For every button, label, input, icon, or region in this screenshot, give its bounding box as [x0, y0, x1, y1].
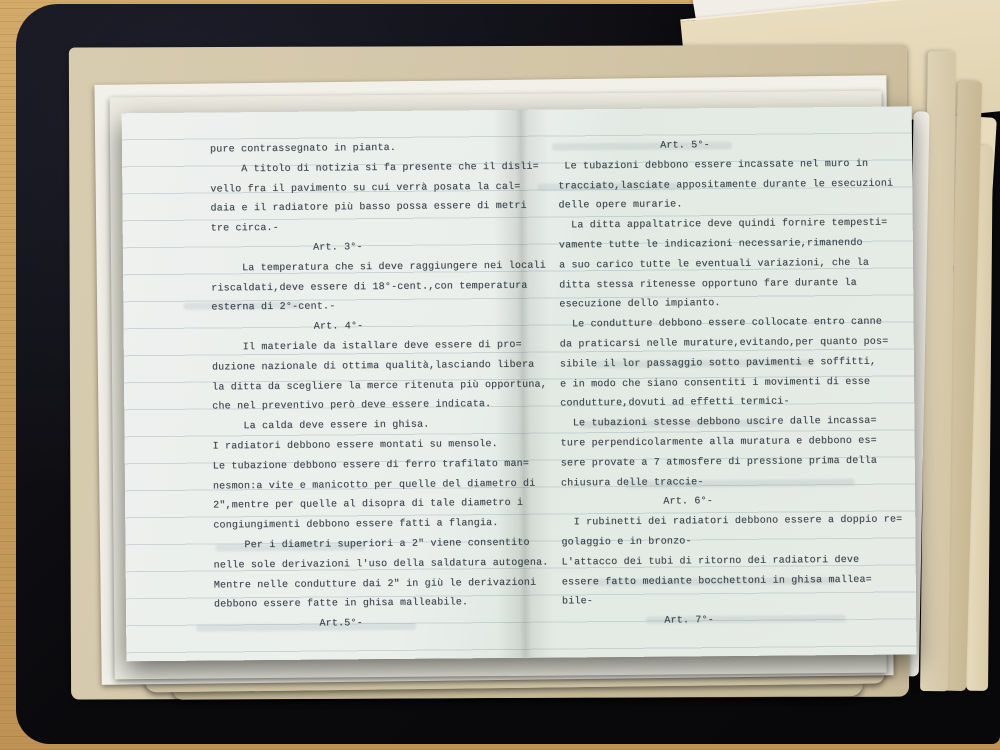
typewritten-line: vamente tutte le indicazioni necessarie,… — [559, 233, 903, 256]
right-page: Art. 5°- Le tubazioni debbono essere inc… — [558, 134, 906, 632]
typewritten-line: Mentre nelle condutture dai 2" in giù le… — [214, 573, 558, 596]
typewritten-line: Art. 6°- — [516, 491, 860, 514]
typewritten-line: A titolo di notizia si fa presente che i… — [210, 157, 554, 180]
typewritten-line: Art. 7°- — [517, 610, 861, 633]
typewritten-line: da praticarsi nelle murature,evitando,pe… — [560, 332, 904, 355]
typewritten-line: Art. 3°- — [166, 237, 510, 260]
typewritten-line: tracciato,lasciate appositamente durante… — [558, 174, 902, 197]
photo-of-document: { "colors":{"desk_wood":"#c89e5e","mat_b… — [0, 0, 1000, 750]
typewritten-line: e in modo che siano consentiti i movimen… — [560, 372, 904, 395]
open-document-spread: pure contrassegnato in pianta. A titolo … — [122, 106, 917, 661]
left-page: pure contrassegnato in pianta. A titolo … — [210, 138, 558, 636]
typewritten-line: nelle sole derivazioni l'uso della salda… — [214, 553, 558, 576]
typewritten-line: duzione nazionale di ottima qualità,lasc… — [212, 355, 556, 378]
typewritten-line: riscaldati,deve essere di 18°-cent.,con … — [211, 276, 555, 299]
typewritten-line: essere fatto mediante bocchettoni in ghi… — [562, 570, 906, 593]
typewritten-line: a suo carico tutte le eventuali variazio… — [559, 253, 903, 276]
typewritten-line: Il materiale da istallare deve essere di… — [212, 335, 556, 358]
typewritten-line: ture perpendicolarmente alla muratura e … — [561, 431, 905, 454]
typewritten-line: la ditta da scegliere la merce ritenuta … — [212, 375, 556, 398]
typewritten-line: Art. 4°- — [166, 316, 510, 339]
typewritten-line: Art.5°- — [169, 613, 513, 636]
typewritten-line: Le tubazione debbono essere di ferro tra… — [213, 454, 557, 477]
typewritten-line: 2",mentre per quelle al disopra di tale … — [213, 494, 557, 517]
typewritten-line: sibile il lor passaggio sotto pavimenti … — [560, 352, 904, 375]
typewritten-line: Art. 5°- — [513, 135, 857, 158]
typewritten-line: I rubinetti dei radiatori debbono essere… — [561, 511, 905, 534]
typewritten-line: sere provate a 7 atmosfere di pressione … — [561, 451, 905, 474]
typewritten-line: L'attacco dei tubi di ritorno dei radiat… — [562, 550, 906, 573]
typewritten-line: Per i diametri superiori a 2" viene cons… — [213, 533, 557, 556]
typewritten-line: Le tubazioni debbono essere incassate ne… — [558, 154, 902, 177]
typewritten-line: daia e il radiatore più basso possa esse… — [210, 197, 554, 220]
typewritten-line: La temperatura che si deve raggiungere n… — [211, 256, 555, 279]
typewritten-line: ditta stessa ritenesse opportuno fare du… — [559, 273, 903, 296]
paper-stack: pure contrassegnato in pianta. A titolo … — [0, 0, 1000, 750]
